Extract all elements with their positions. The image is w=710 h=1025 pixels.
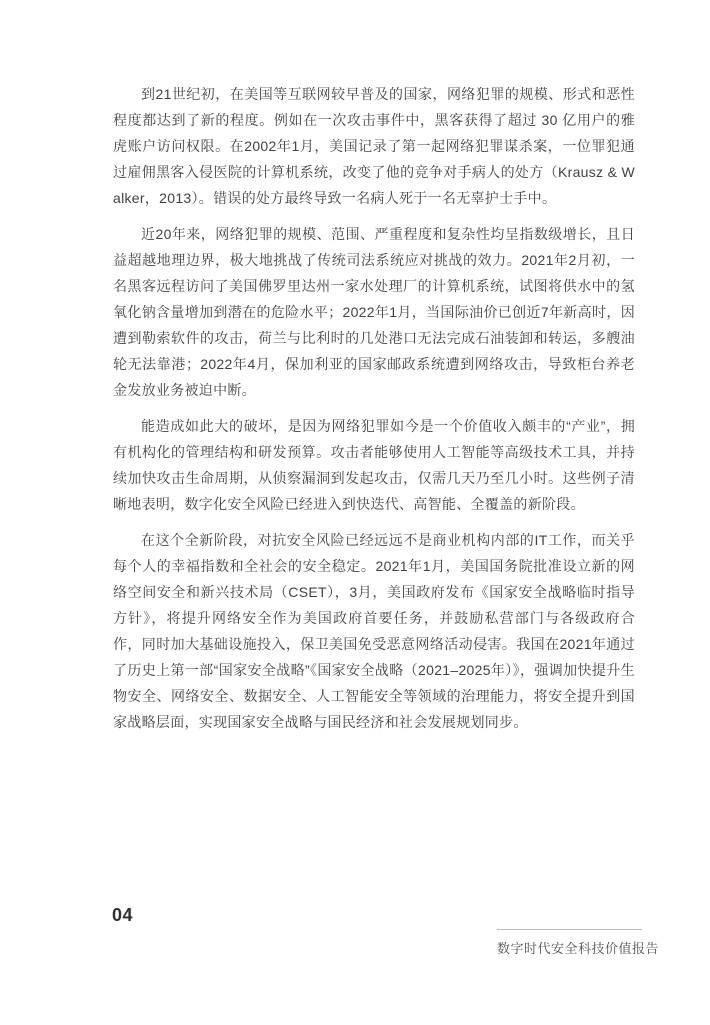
paragraph-cybercrime-industry: 能造成如此大的破坏，是因为网络犯罪如今是一个价值收入颇丰的“产业”，拥有机构化的…: [113, 413, 635, 517]
paragraph-national-security-strategy: 在这个全新阶段，对抗安全风险已经远远不是商业机构内部的IT工作，而关乎每个人的幸…: [113, 527, 635, 735]
paragraph-cybercrime-early-21st-century: 到21世纪初，在美国等互联网较早普及的国家，网络犯罪的规模、形式和恶性程度都达到…: [113, 81, 635, 211]
footer-divider: [497, 929, 642, 930]
report-page: 到21世纪初，在美国等互联网较早普及的国家，网络犯罪的规模、形式和恶性程度都达到…: [0, 0, 710, 1025]
page-footer: 数字时代安全科技价值报告: [497, 929, 663, 955]
paragraph-cybercrime-growth-incidents: 近20年来，网络犯罪的规模、范围、严重程度和复杂性均呈指数级增长，且日益超越地理…: [113, 221, 635, 403]
page-number: 04: [112, 905, 133, 926]
body-text: 到21世纪初，在美国等互联网较早普及的国家，网络犯罪的规模、形式和恶性程度都达到…: [113, 81, 635, 745]
footer-report-title: 数字时代安全科技价值报告: [497, 942, 663, 955]
